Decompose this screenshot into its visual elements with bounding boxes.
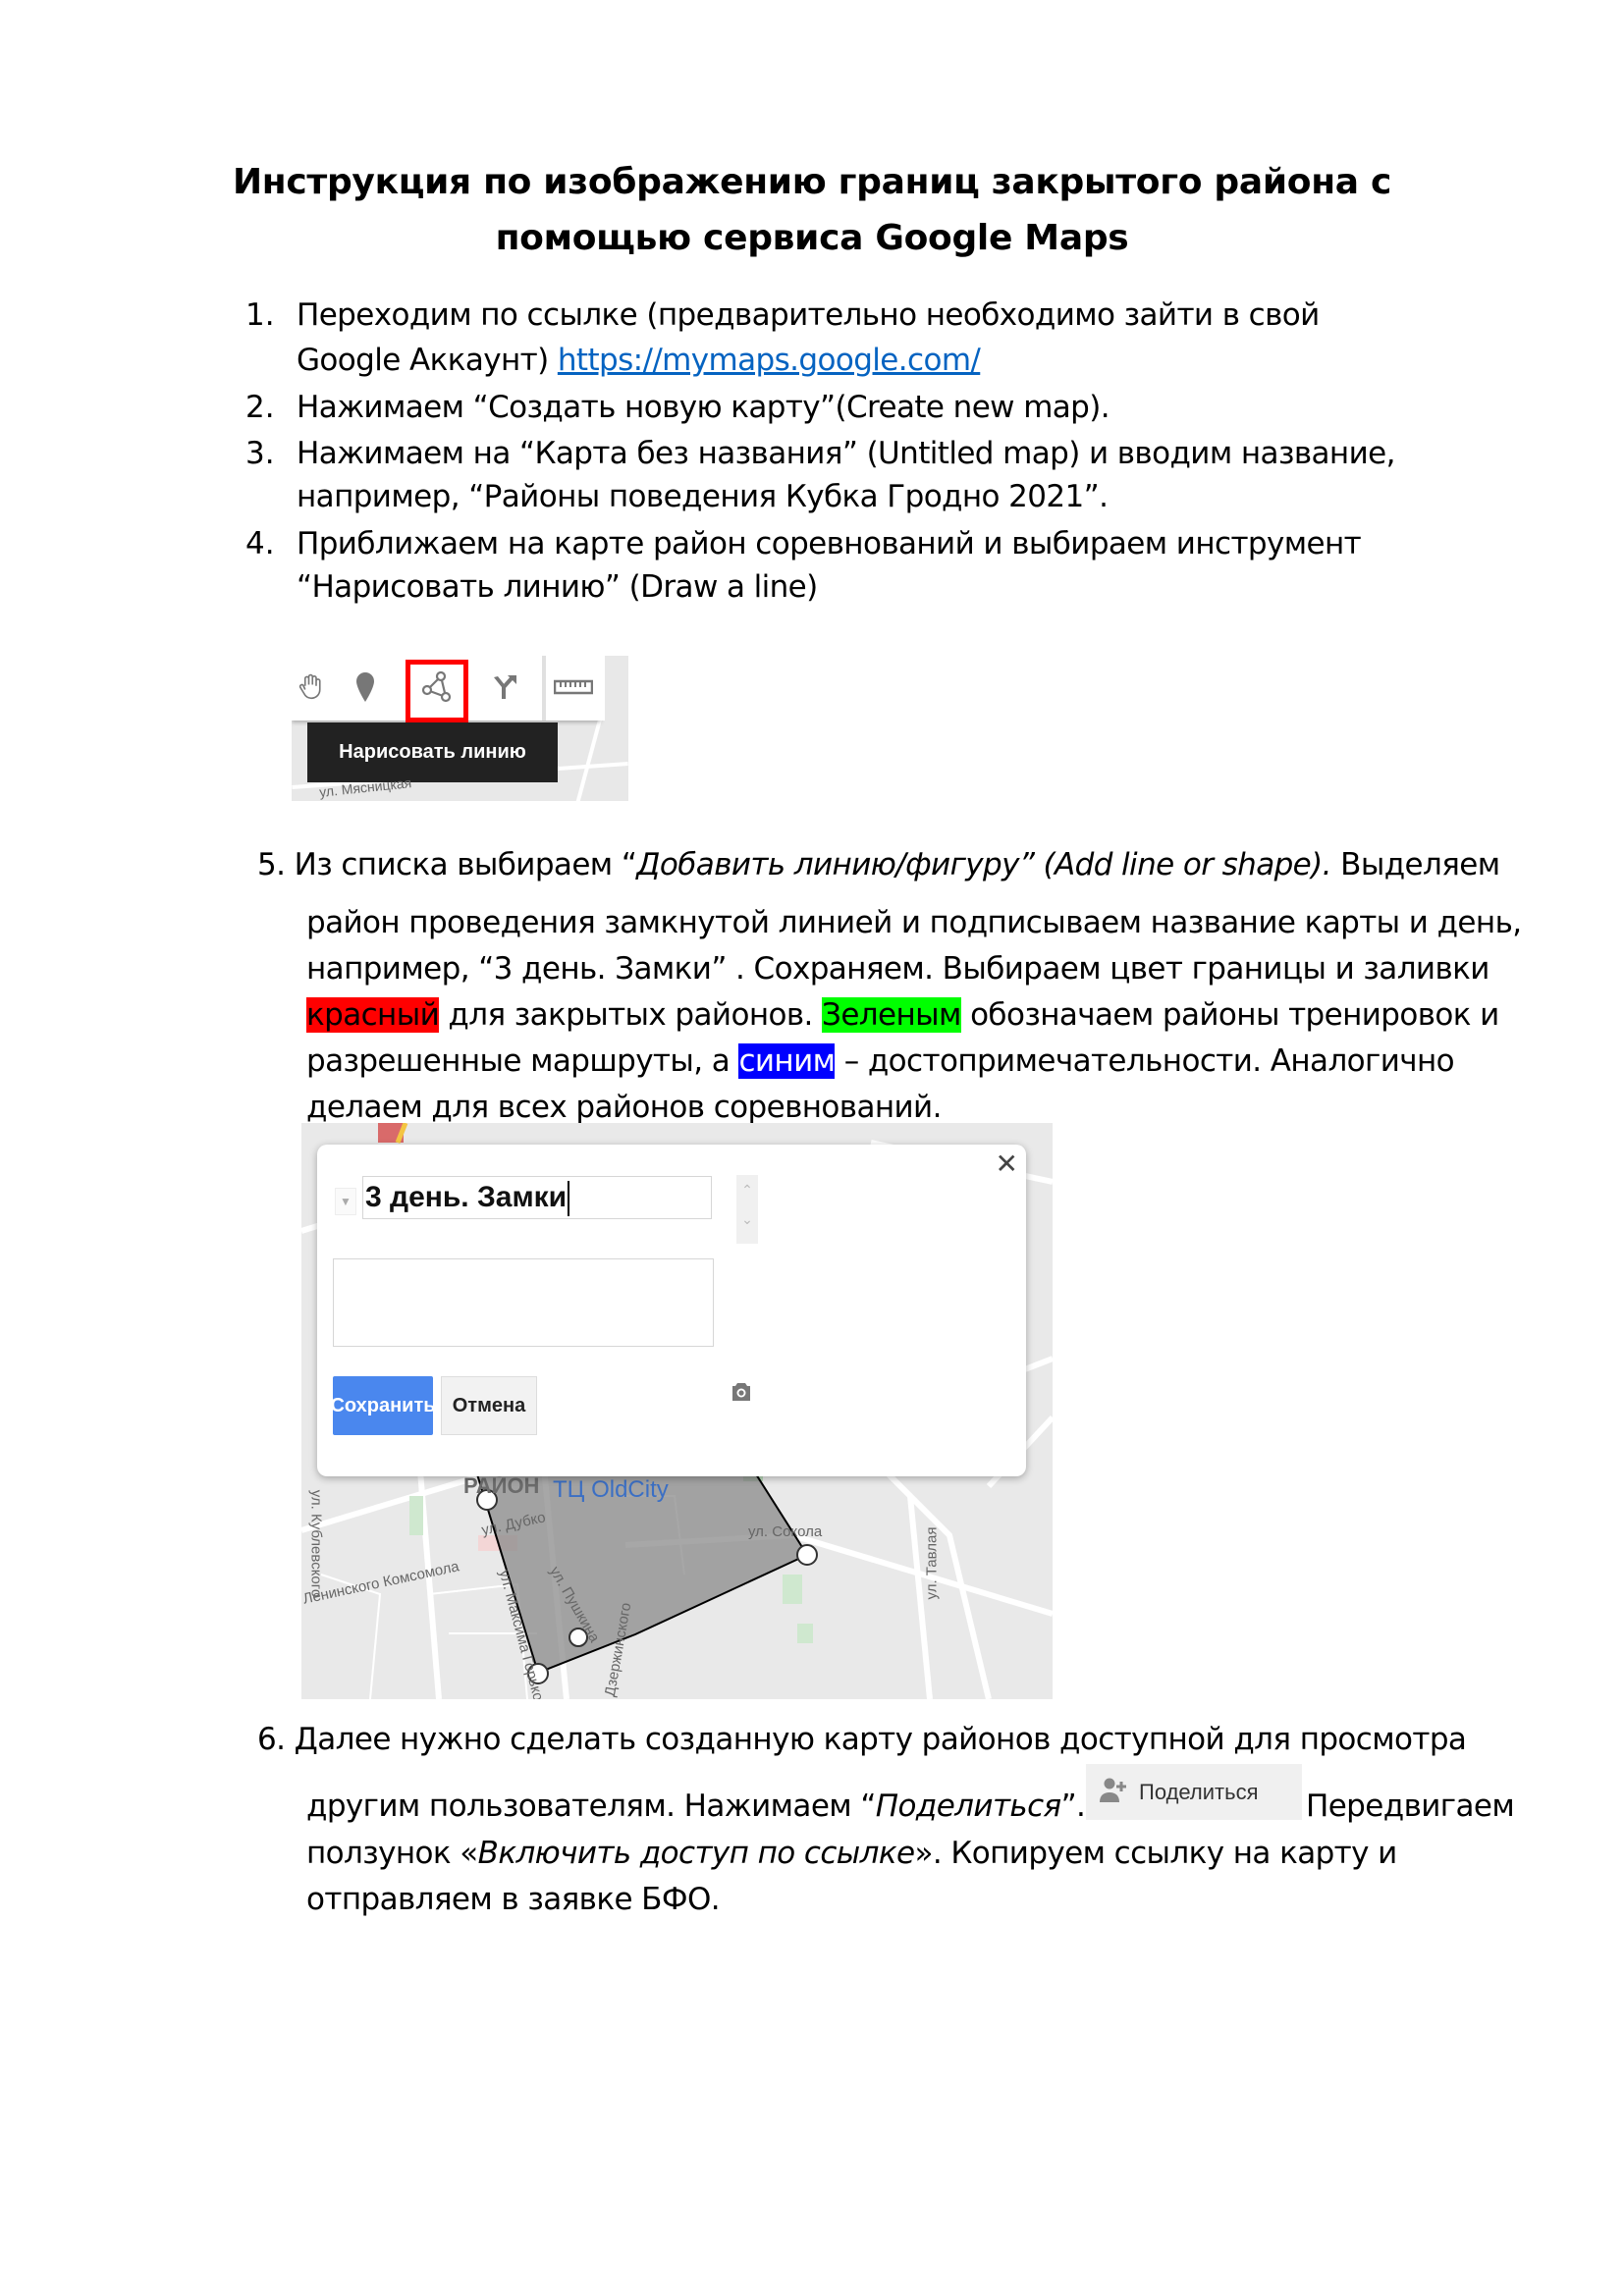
step-1-text: Переходим по ссылке (предварительно необ…	[297, 294, 1320, 337]
step-1-number: 1.	[245, 294, 275, 337]
toolbar-screenshot: Нарисовать линию ул. Мясницкая	[292, 656, 628, 801]
shape-description-input[interactable]	[333, 1258, 714, 1347]
link-access-label: Включить доступ по ссылке	[478, 1836, 915, 1871]
text-caret	[568, 1181, 569, 1216]
step-5-text-line2: район проведения замкнутой линией и подп…	[306, 901, 1522, 944]
document-title-line1: Инструкция по изображению границ закрыто…	[0, 155, 1624, 210]
directions-icon[interactable]	[485, 667, 524, 707]
step-6-text-line3: ползунок «Включить доступ по ссылке». Ко…	[306, 1832, 1397, 1875]
draw-line-icon[interactable]	[417, 667, 457, 707]
share-button[interactable]: Поделиться	[1086, 1764, 1302, 1820]
step-6-text: 6. Далее нужно сделать созданную карту р…	[257, 1718, 1466, 1761]
save-button[interactable]: Сохранить	[333, 1376, 433, 1435]
poi-label: ТЦ OldCity	[553, 1476, 669, 1504]
reorder-arrows[interactable]: ⌃⌄	[736, 1175, 758, 1244]
style-dropdown-icon[interactable]: ▼	[335, 1188, 356, 1215]
highlight-green: Зеленым	[822, 997, 961, 1033]
add-line-shape-label: Добавить линию/фигуру” (Add line or shap…	[636, 847, 1331, 882]
step-6-text-line2-after: Передвигаем	[1306, 1785, 1514, 1828]
step-6-text-line4: отправляем в заявке БФО.	[306, 1878, 720, 1921]
step-3-text-line2: например, “Районы поведения Кубка Гродно…	[297, 475, 1108, 518]
map-screenshot: РАЙОН ТЦ OldCity ул. Дубко ул. Сокола Ле…	[301, 1123, 1053, 1699]
share-label-italic: Поделиться	[876, 1789, 1061, 1824]
shape-title-input[interactable]: 3 день. Замки	[362, 1176, 712, 1219]
street-kubleva: ул. Кублевского	[307, 1490, 324, 1598]
step-4-text: Приближаем на карте район соревнований и…	[297, 522, 1361, 565]
step-5-text-line3: например, “3 день. Замки” . Сохраняем. В…	[306, 947, 1489, 990]
document-title-line2: помощью сервиса Google Maps	[0, 211, 1624, 266]
street-tavlaya: ул. Тавлая	[923, 1527, 940, 1600]
hand-icon[interactable]	[292, 667, 331, 707]
ruler-icon[interactable]	[550, 667, 597, 707]
street-sokola: ул. Сокола	[748, 1523, 822, 1540]
chevron-down-icon[interactable]: ⌄	[736, 1204, 758, 1234]
step-2-number: 2.	[245, 386, 275, 429]
add-person-icon	[1100, 1777, 1131, 1808]
district-label: РАЙОН	[463, 1473, 539, 1499]
highlight-red: красный	[306, 997, 439, 1033]
step-5-text-line4: красный для закрытых районов. Зеленым об…	[306, 993, 1499, 1037]
step-6-text-line2: другим пользователям. Нажимаем “Поделить…	[306, 1785, 1085, 1828]
share-button-label: Поделиться	[1139, 1780, 1258, 1805]
step-3-text: Нажимаем на “Карта без названия” (Untitl…	[297, 432, 1395, 475]
tool-tooltip: Нарисовать линию	[307, 722, 558, 782]
step-3-number: 3.	[245, 432, 275, 475]
step-4-text-line2: “Нарисовать линию” (Draw a line)	[297, 565, 818, 609]
step-5-text-line5: разрешенные маршруты, а синим – достопри…	[306, 1040, 1454, 1083]
step-1-text-prefix: Google Аккаунт)	[297, 343, 558, 378]
step-5-text: 5. Из списка выбираем “Добавить линию/фи…	[257, 843, 1500, 886]
step-4-number: 4.	[245, 522, 275, 565]
chevron-up-icon[interactable]: ⌃	[736, 1175, 758, 1204]
highlight-blue: синим	[738, 1043, 835, 1079]
shape-edit-popup: ✕ ▼ 3 день. Замки ⌃⌄ Сохранить Отмена	[317, 1145, 1026, 1476]
document-page: Инструкция по изображению границ закрыто…	[0, 0, 1624, 2296]
mymaps-link[interactable]: https://mymaps.google.com/	[558, 343, 980, 378]
marker-icon[interactable]	[346, 667, 385, 707]
camera-icon[interactable]	[730, 1380, 753, 1404]
cancel-button[interactable]: Отмена	[441, 1376, 537, 1435]
step-2-text: Нажимаем “Создать новую карту”(Create ne…	[297, 386, 1110, 429]
close-icon[interactable]: ✕	[996, 1150, 1018, 1178]
step-1-text-line2: Google Аккаунт) https://mymaps.google.co…	[297, 339, 980, 382]
